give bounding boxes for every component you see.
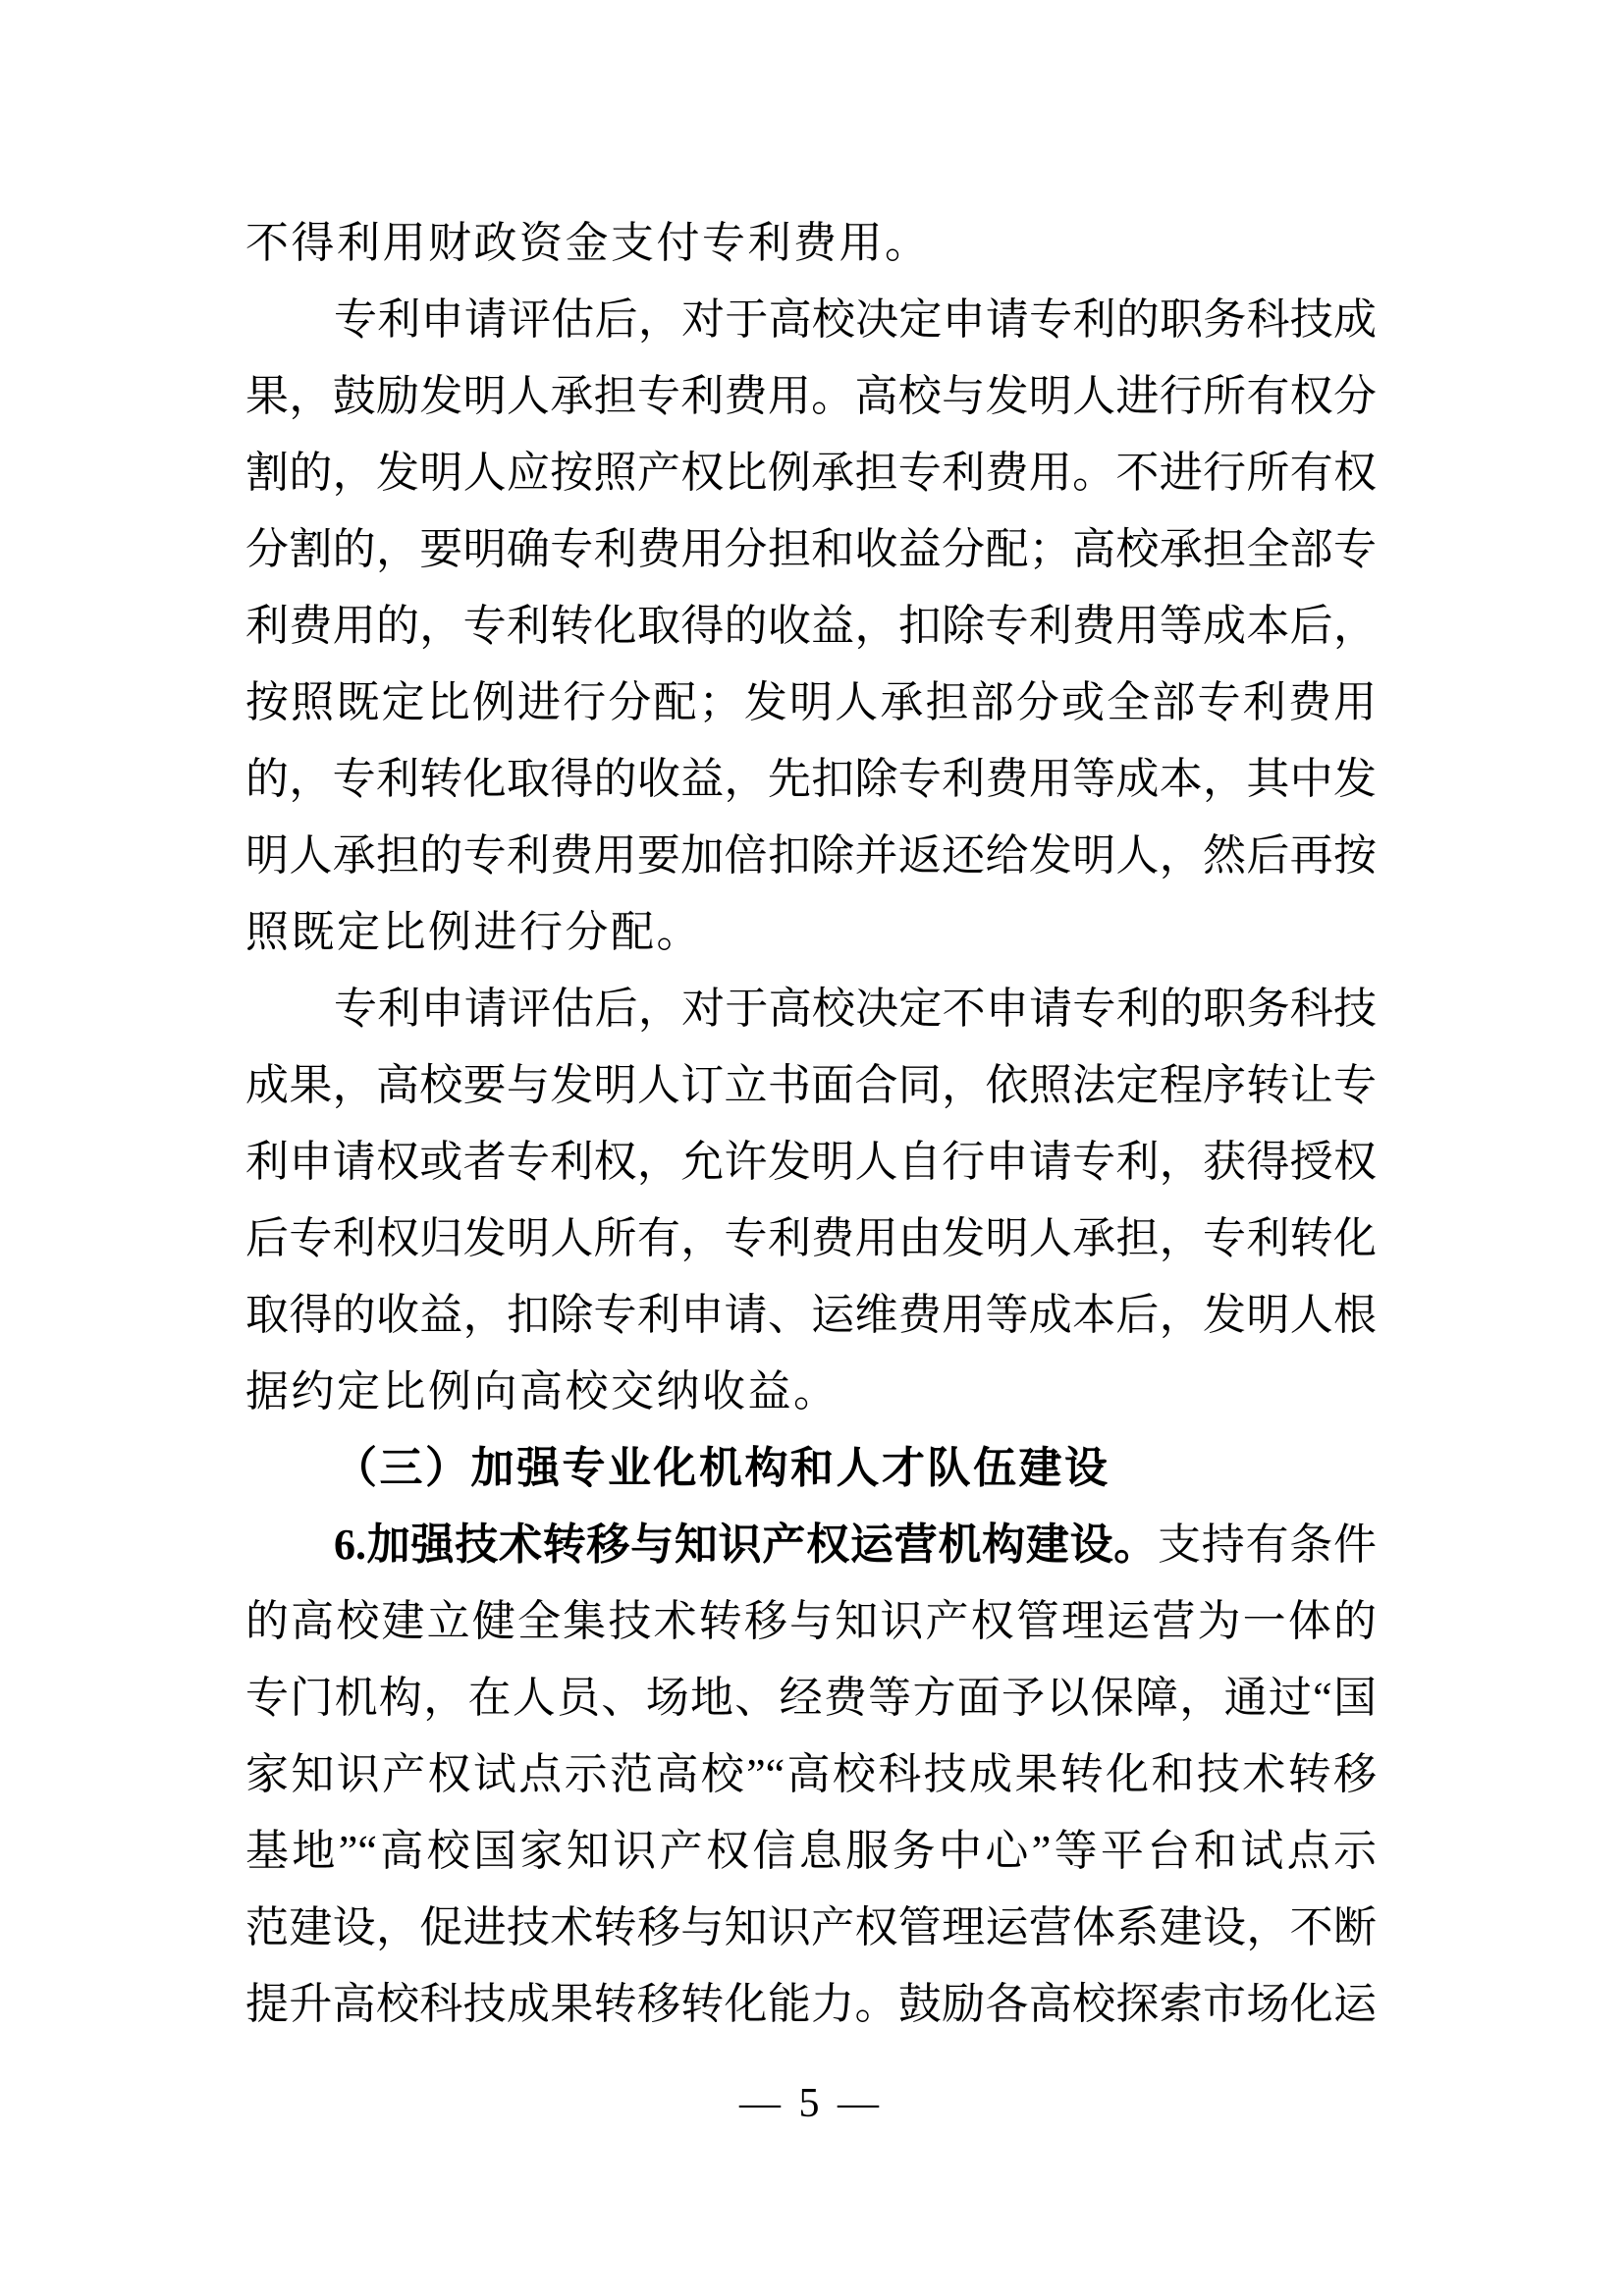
text-line: 照既定比例进行分配。: [245, 894, 1377, 971]
text-line: 专利申请评估后，对于高校决定申请专利的职务科技成: [245, 282, 1377, 358]
text-line: 6.加强技术转移与知识产权运营机构建设。支持有条件: [245, 1507, 1377, 1583]
text-line: 的，专利转化取得的收益，先扣除专利费用等成本，其中发: [245, 741, 1377, 818]
text-line: 按照既定比例进行分配；发明人承担部分或全部专利费用: [245, 665, 1377, 741]
text-line: 利费用的，专利转化取得的收益，扣除专利费用等成本后，: [245, 588, 1377, 665]
text-line: 不得利用财政资金支付专利费用。: [245, 205, 1377, 282]
page-number: — 5 —: [245, 2069, 1377, 2138]
text-line: 家知识产权试点示范高校”“高校科技成果转化和技术转移: [245, 1736, 1377, 1813]
text-line: 分割的，要明确专利费用分担和收益分配；高校承担全部专: [245, 511, 1377, 588]
text-line: 专利申请评估后，对于高校决定不申请专利的职务科技: [245, 971, 1377, 1047]
text-line: 的高校建立健全集技术转移与知识产权管理运营为一体的: [245, 1583, 1377, 1660]
text-line: 取得的收益，扣除专利申请、运维费用等成本后，发明人根: [245, 1277, 1377, 1354]
text-line: 据约定比例向高校交纳收益。: [245, 1354, 1377, 1430]
text-line: 成果，高校要与发明人订立书面合同，依照法定程序转让专: [245, 1047, 1377, 1124]
text-line: 明人承担的专利费用要加倍扣除并返还给发明人，然后再按: [245, 818, 1377, 894]
document-body: 不得利用财政资金支付专利费用。 专利申请评估后，对于高校决定申请专利的职务科技成…: [245, 205, 1377, 2043]
document-page: 不得利用财政资金支付专利费用。 专利申请评估后，对于高校决定申请专利的职务科技成…: [0, 0, 1624, 2296]
text-line: 利申请权或者专利权，允许发明人自行申请专利，获得授权: [245, 1124, 1377, 1201]
text-line: 基地”“高校国家知识产权信息服务中心”等平台和试点示: [245, 1813, 1377, 1890]
item-number-bold-lead: 6.加强技术转移与知识产权运营机构建设。: [334, 1521, 1158, 1569]
text-line: 范建设，促进技术转移与知识产权管理运营体系建设，不断: [245, 1890, 1377, 1966]
text-line: 后专利权归发明人所有，专利费用由发明人承担，专利转化: [245, 1201, 1377, 1277]
text-line: 果，鼓励发明人承担专利费用。高校与发明人进行所有权分: [245, 358, 1377, 435]
item-rest-text: 支持有条件: [1158, 1521, 1377, 1569]
text-line: 提升高校科技成果转移转化能力。鼓励各高校探索市场化运: [245, 1966, 1377, 2043]
text-line: 割的，发明人应按照产权比例承担专利费用。不进行所有权: [245, 435, 1377, 511]
subsection-heading: （三）加强专业化机构和人才队伍建设: [245, 1430, 1377, 1507]
text-line: 专门机构，在人员、场地、经费等方面予以保障，通过“国: [245, 1660, 1377, 1736]
